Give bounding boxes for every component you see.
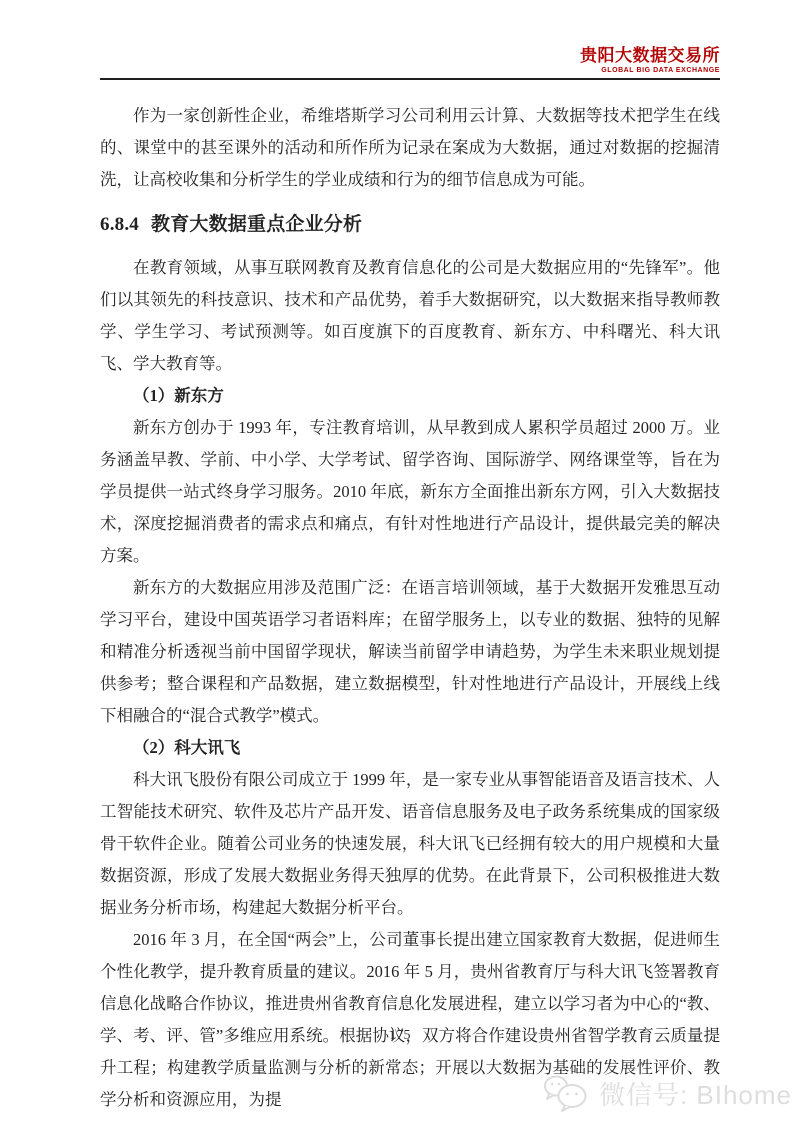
document-content: 作为一家创新性企业，希维塔斯学习公司利用云计算、大数据等技术把学生在线的、课堂中… bbox=[100, 100, 720, 1116]
section-number: 6.8.4 bbox=[100, 214, 139, 235]
wechat-watermark: 微信号: BIhome bbox=[543, 1072, 792, 1114]
document-page: 贵阳大数据交易所 GLOBAL BIG DATA EXCHANGE 作为一家创新… bbox=[0, 0, 800, 1131]
brand-title: 贵阳大数据交易所 bbox=[100, 46, 720, 66]
subsection-paragraph: 新东方的大数据应用涉及范围广泛：在语言培训领域，基于大数据开发雅思互动学习平台，… bbox=[100, 572, 720, 732]
subsection-title-kedaxunfei: （2）科大讯飞 bbox=[100, 732, 720, 764]
subsection-paragraph: 新东方创办于 1993 年，专注教育培训，从早教到成人累积学员超过 2000 万… bbox=[100, 412, 720, 572]
page-number: 175 bbox=[0, 1028, 800, 1044]
section-intro-paragraph: 在教育领域，从事互联网教育及教育信息化的公司是大数据应用的“先锋军”。他们以其领… bbox=[100, 252, 720, 380]
section-title: 教育大数据重点企业分析 bbox=[151, 214, 362, 235]
brand-subtitle: GLOBAL BIG DATA EXCHANGE bbox=[100, 66, 720, 75]
wechat-id-label: 微信号: BIhome bbox=[599, 1075, 792, 1112]
subsection-title-xindongfang: （1）新东方 bbox=[100, 380, 720, 412]
intro-paragraph: 作为一家创新性企业，希维塔斯学习公司利用云计算、大数据等技术把学生在线的、课堂中… bbox=[100, 100, 720, 196]
subsection-paragraph: 科大讯飞股份有限公司成立于 1999 年，是一家专业从事智能语音及语言技术、人工… bbox=[100, 764, 720, 924]
page-header: 贵阳大数据交易所 GLOBAL BIG DATA EXCHANGE bbox=[100, 46, 720, 80]
section-heading: 6.8.4教育大数据重点企业分析 bbox=[100, 210, 720, 240]
wechat-icon bbox=[543, 1072, 591, 1114]
